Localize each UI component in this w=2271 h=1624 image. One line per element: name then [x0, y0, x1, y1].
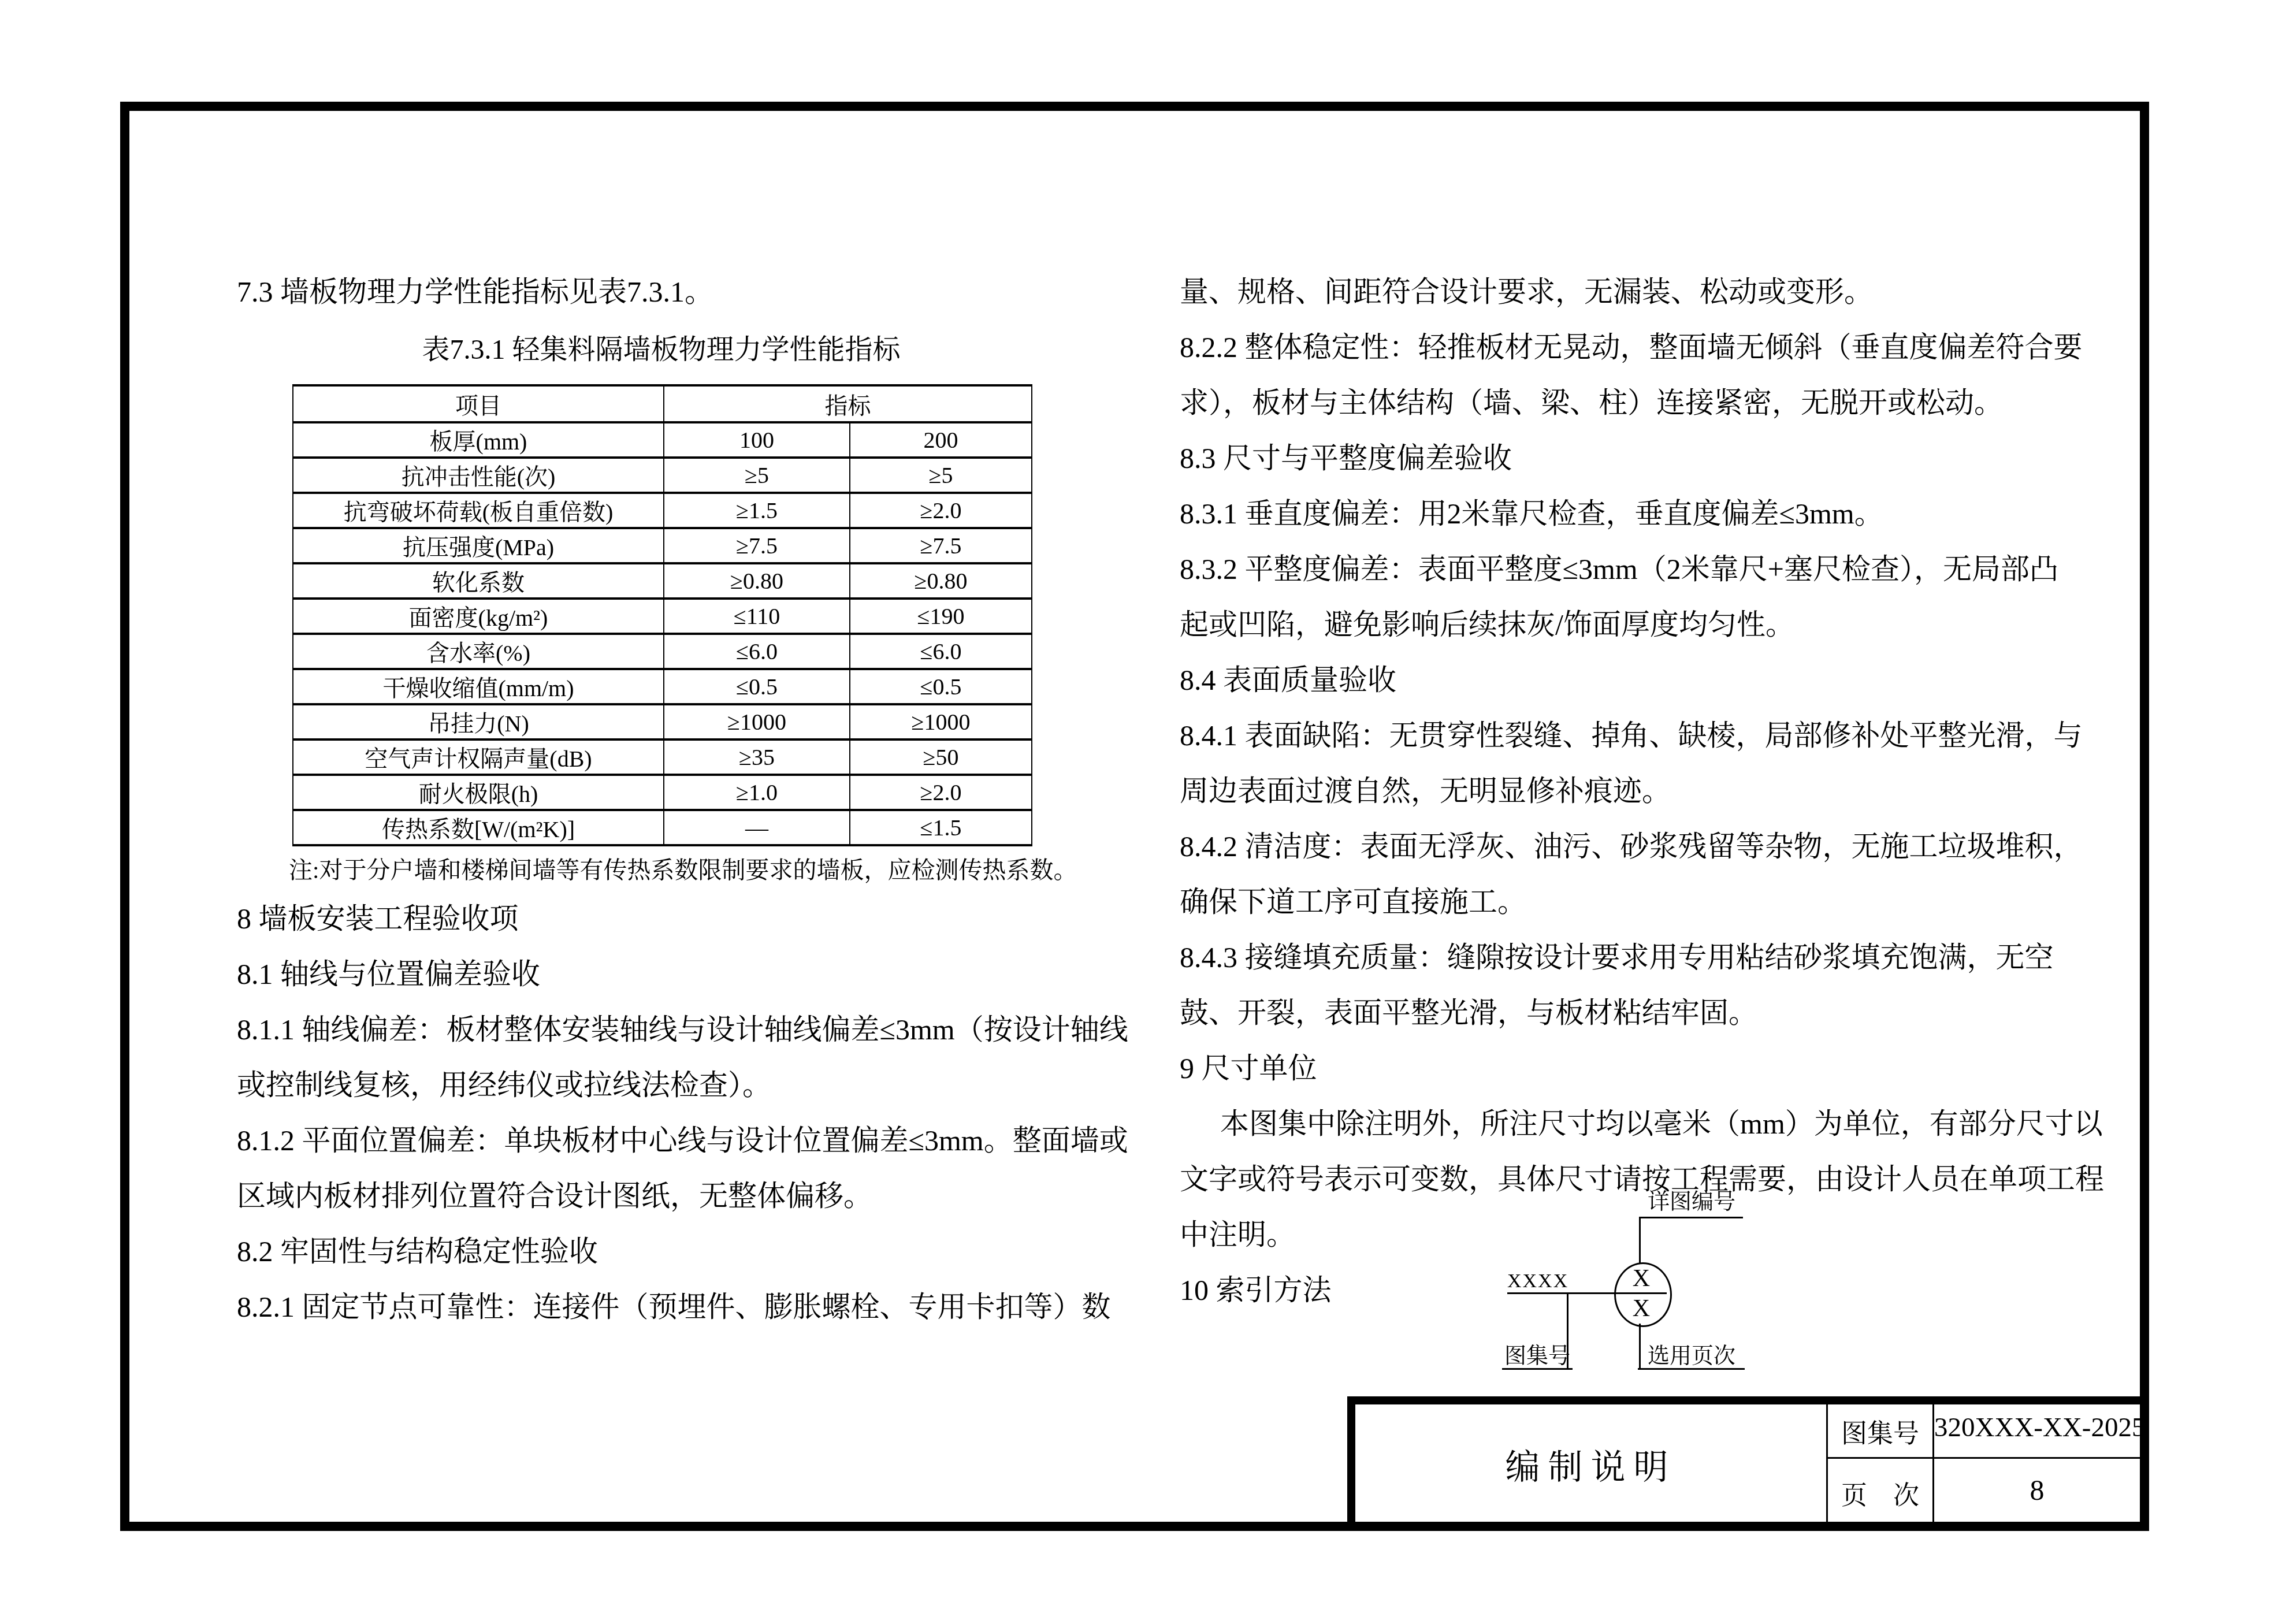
row-value-100: ≥7.5 [664, 528, 850, 563]
table-row: 耐火极限(h) ≥1.0 ≥2.0 [293, 775, 1032, 810]
atlas-no-value: 320XXX-XX-2025 [1934, 1412, 2140, 1443]
row-value-200: ≥5 [850, 458, 1032, 493]
section-8-4-2-text: 确保下道工序可直接施工。 [1180, 882, 1526, 922]
table-row: 空气声计权隔声量(dB) ≥35 ≥50 [293, 739, 1032, 775]
row-value-200: ≥2.0 [850, 775, 1032, 810]
section-8-2-2-text: 求），板材与主体结构（墙、梁、柱）连接紧密，无脱开或松动。 [1180, 382, 2003, 423]
row-label: 干燥收缩值(mm/m) [293, 669, 664, 704]
table-row: 传热系数[W/(m²K)] — ≤1.5 [293, 810, 1032, 845]
row-label: 抗冲击性能(次) [293, 458, 664, 493]
row-value-200: ≥0.80 [850, 563, 1032, 599]
section-9-text: 本图集中除注明外，所注尺寸均以毫米（mm）为单位，有部分尺寸以 [1220, 1103, 2103, 1144]
section-8-1-1-text: 8.1.1 轴线偏差：板材整体安装轴线与设计轴线偏差≤3mm（按设计轴线 [237, 1009, 1128, 1050]
atlas-number-label: 图集号 [1504, 1343, 1570, 1369]
row-label: 吊挂力(N) [293, 704, 664, 739]
table-row: 吊挂力(N) ≥1000 ≥1000 [293, 704, 1032, 739]
row-value-100: ≤0.5 [664, 669, 850, 704]
row-value-100: ≥1.5 [664, 493, 850, 528]
table-row: 软化系数 ≥0.80 ≥0.80 [293, 563, 1032, 599]
row-label: 抗弯破坏荷载(板自重倍数) [293, 493, 664, 528]
section-8-2-heading: 8.2 牢固性与结构稳定性验收 [237, 1231, 598, 1272]
table-header-row: 项目 指标 [293, 385, 1032, 422]
section-8-4-1-text: 8.4.1 表面缺陷：无贯穿性裂缝、掉角、缺棱，局部修补处平整光滑，与 [1180, 715, 2083, 756]
table-row: 抗弯破坏荷载(板自重倍数) ≥1.5 ≥2.0 [293, 493, 1032, 528]
selected-page-label: 选用页次 [1648, 1343, 1735, 1369]
row-value-100: ≥0.80 [664, 563, 850, 599]
section-8-3-2-text: 8.3.2 平整度偏差：表面平整度≤3mm（2米靠尺+塞尺检查），无局部凸 [1180, 549, 2058, 589]
atlas-no-label: 图集号 [1828, 1413, 1932, 1450]
section-9-text: 文字或符号表示可变数，具体尺寸请按工程需要，由设计人员在单项工程 [1180, 1159, 2104, 1199]
row-value-100: ≥5 [664, 458, 850, 493]
row-value-200: 200 [850, 422, 1032, 458]
atlas-label-underline [1502, 1368, 1573, 1370]
section-7-3-text: 7.3 墙板物理力学性能指标见表7.3.1。 [237, 272, 713, 312]
col-header-index: 指标 [664, 385, 1032, 422]
section-8-1-2-text: 区域内板材排列位置符合设计图纸，无整体偏移。 [237, 1176, 872, 1216]
row-label: 空气声计权隔声量(dB) [293, 739, 664, 775]
title-block-left-border [1347, 1396, 1355, 1522]
row-value-200: ≤190 [850, 599, 1032, 634]
row-label: 传热系数[W/(m²K)] [293, 810, 664, 845]
table-row: 干燥收缩值(mm/m) ≤0.5 ≤0.5 [293, 669, 1032, 704]
atlas-number-placeholder: XXXX [1507, 1269, 1568, 1294]
row-value-200: ≥1000 [850, 704, 1032, 739]
row-value-100: — [664, 810, 850, 845]
col-header-item: 项目 [293, 385, 664, 422]
row-label: 面密度(kg/m²) [293, 599, 664, 634]
page-label-underline [1638, 1368, 1745, 1370]
section-8-4-3-text: 8.4.3 接缝填充质量：缝隙按设计要求用专用粘结砂浆填充饱满，无空 [1180, 937, 2054, 978]
row-value-200: ≥50 [850, 739, 1032, 775]
page-no-value: 8 [1934, 1473, 2140, 1507]
row-label: 抗压强度(MPa) [293, 528, 664, 563]
row-label: 耐火极限(h) [293, 775, 664, 810]
row-label: 板厚(mm) [293, 422, 664, 458]
section-8-4-3-text: 鼓、开裂，表面平整光滑，与板材粘结牢固。 [1180, 993, 1757, 1033]
section-8-1-2-text: 8.1.2 平面位置偏差：单块板材中心线与设计位置偏差≤3mm。整面墙或 [237, 1120, 1128, 1161]
section-8-3-1-text: 8.3.1 垂直度偏差：用2米靠尺检查，垂直度偏差≤3mm。 [1180, 493, 1883, 534]
page-no-label: 页 次 [1828, 1474, 1932, 1512]
leader-line-top [1639, 1218, 1641, 1263]
section-10-heading: 10 索引方法 [1180, 1270, 1332, 1310]
section-8-2-1-text-cont: 量、规格、间距符合设计要求，无漏装、松动或变形。 [1180, 272, 1873, 312]
table-row: 板厚(mm) 100 200 [293, 422, 1032, 458]
table-row: 含水率(%) ≤6.0 ≤6.0 [293, 634, 1032, 669]
section-8-4-1-text: 周边表面过渡自然，无明显修补痕迹。 [1180, 771, 1671, 811]
table-note: 注:对于分户墙和楼梯间墙等有传热系数限制要求的墙板，应检测传热系数。 [289, 851, 1077, 885]
sheet-title: 编制说明 [1355, 1440, 1826, 1489]
section-8-4-2-text: 8.4.2 清洁度：表面无浮灰、油污、砂浆残留等杂物，无施工垃圾堆积， [1180, 826, 2083, 867]
index-bubble-top-x: X [1614, 1265, 1668, 1292]
section-8-2-1-text: 8.2.1 固定节点可靠性：连接件（预埋件、膨胀螺栓、专用卡扣等）数 [237, 1287, 1111, 1327]
table-row: 抗压强度(MPa) ≥7.5 ≥7.5 [293, 528, 1032, 563]
table-row: 面密度(kg/m²) ≤110 ≤190 [293, 599, 1032, 634]
title-block-divider-h [1826, 1457, 2140, 1459]
row-value-200: ≤0.5 [850, 669, 1032, 704]
row-value-200: ≤6.0 [850, 634, 1032, 669]
row-value-100: ≥1000 [664, 704, 850, 739]
title-block-top-border [1347, 1396, 2140, 1404]
spec-table: 项目 指标 板厚(mm) 100 200 抗冲击性能(次) ≥5 ≥5 抗弯破坏… [292, 384, 1032, 846]
row-value-200: ≤1.5 [850, 810, 1032, 845]
section-8-4-heading: 8.4 表面质量验收 [1180, 660, 1396, 700]
row-label: 含水率(%) [293, 634, 664, 669]
section-8-3-2-text: 起或凹陷，避免影响后续抹灰/饰面厚度均匀性。 [1180, 604, 1794, 645]
table-caption: 表7.3.1 轻集料隔墙板物理力学性能指标 [292, 327, 1030, 367]
detail-number-label: 详图编号 [1648, 1189, 1735, 1214]
section-8-1-1-text: 或控制线复核，用经纬仪或拉线法检查）。 [237, 1065, 771, 1105]
row-value-100: ≥1.0 [664, 775, 850, 810]
row-value-100: ≤6.0 [664, 634, 850, 669]
index-bubble-bottom-x: X [1614, 1295, 1668, 1322]
section-8-3-heading: 8.3 尺寸与平整度偏差验收 [1180, 438, 1512, 478]
row-value-200: ≥7.5 [850, 528, 1032, 563]
row-value-200: ≥2.0 [850, 493, 1032, 528]
leader-line-page [1639, 1324, 1641, 1369]
row-value-100: ≥35 [664, 739, 850, 775]
row-value-100: 100 [664, 422, 850, 458]
section-9-heading: 9 尺寸单位 [1180, 1048, 1317, 1088]
section-8-1-heading: 8.1 轴线与位置偏差验收 [237, 954, 540, 994]
section-9-text: 中注明。 [1180, 1214, 1295, 1255]
row-value-100: ≤110 [664, 599, 850, 634]
section-8-2-2-text: 8.2.2 整体稳定性：轻推板材无晃动，整面墙无倾斜（垂直度偏差符合要 [1180, 327, 2083, 367]
detail-number-underline [1639, 1217, 1743, 1218]
row-label: 软化系数 [293, 563, 664, 599]
table-row: 抗冲击性能(次) ≥5 ≥5 [293, 458, 1032, 493]
section-8-heading: 8 墙板安装工程验收项 [237, 898, 519, 939]
